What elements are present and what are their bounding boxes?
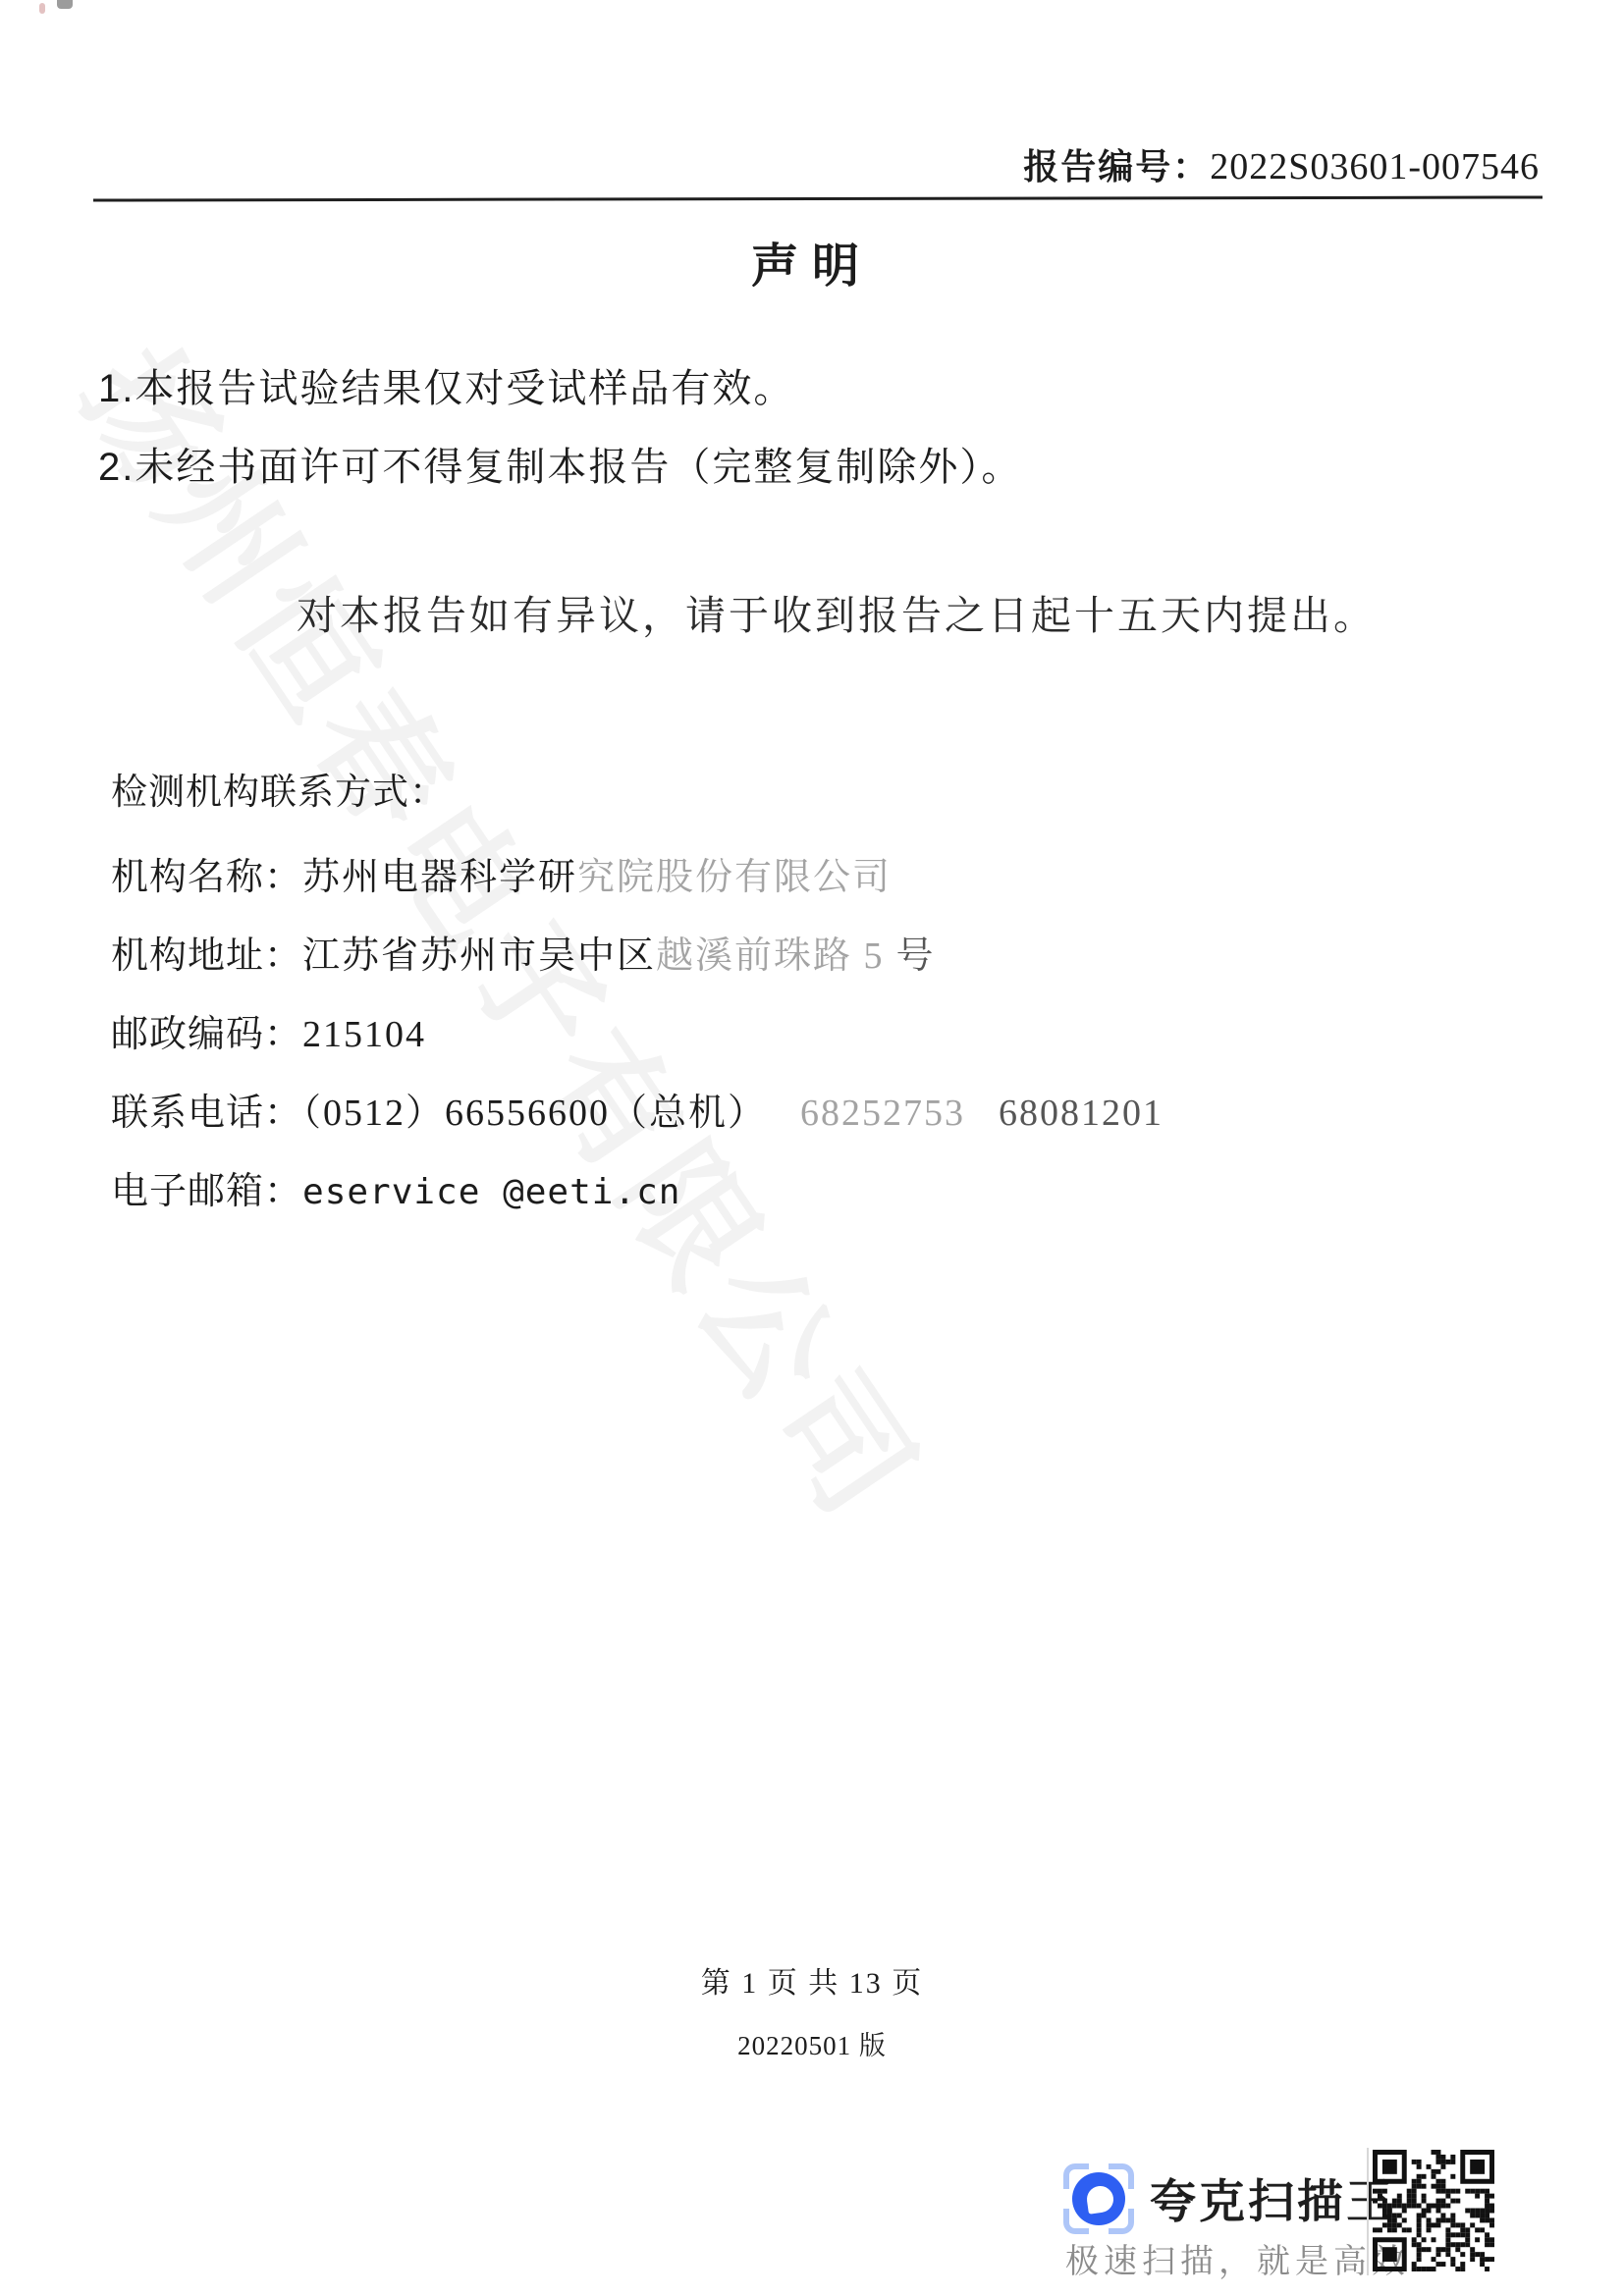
phone-label: 联系电话： bbox=[111, 1093, 302, 1134]
statement-2: 2.未经书面许可不得复制本报告（完整复制除外）。 bbox=[98, 436, 1022, 492]
report-number-value: 2022S03601-007546 bbox=[1210, 146, 1540, 187]
scan-smudge bbox=[57, 0, 73, 9]
phone-extra: 68081201 bbox=[999, 1093, 1164, 1134]
branding-divider bbox=[1367, 2148, 1369, 2275]
email-label: 电子邮箱： bbox=[111, 1171, 302, 1212]
org-address-label: 机构地址： bbox=[111, 935, 302, 977]
postcode-row: 邮政编码：215104 bbox=[111, 1003, 426, 1057]
report-number-line: 报告编号：2022S03601-007546 bbox=[1023, 139, 1540, 189]
postcode-label: 邮政编码： bbox=[111, 1014, 302, 1055]
email-value: eservice @eeti.cn bbox=[302, 1172, 680, 1212]
scanner-app-name: 夸克扫描王 bbox=[1150, 2165, 1395, 2231]
objection-notice: 对本报告如有异议，请于收到报告之日起十五天内提出。 bbox=[297, 583, 1377, 641]
org-name-value: 苏州电器科学研 bbox=[302, 857, 577, 898]
org-name-row: 机构名称：苏州电器科学研究院股份有限公司 bbox=[111, 846, 892, 900]
scanner-app-branding: 夸克扫描王 极速扫描，就是高效 bbox=[1063, 2150, 1505, 2282]
phone-row: 联系电话：（0512）66556600（总机）6825275368081201 bbox=[111, 1082, 1164, 1136]
quark-scan-logo-icon bbox=[1063, 2163, 1134, 2234]
contact-heading: 检测机构联系方式： bbox=[111, 762, 447, 815]
org-name-value-faded: 究院股份有限公司 bbox=[577, 857, 892, 898]
org-address-value-faded: 越溪前珠路 5 bbox=[656, 935, 885, 977]
phone-faded: 68252753 bbox=[800, 1093, 965, 1134]
page-title: 声明 bbox=[0, 228, 1624, 295]
org-name-label: 机构名称： bbox=[111, 857, 302, 898]
qr-code-svg bbox=[1373, 2150, 1494, 2271]
statement-1: 1.本报告试验结果仅对受试样品有效。 bbox=[98, 357, 794, 413]
scanner-app-tagline: 极速扫描，就是高效 bbox=[1065, 2234, 1410, 2282]
postcode-value: 215104 bbox=[302, 1014, 426, 1055]
logo-circle bbox=[1072, 2172, 1125, 2225]
qr-code bbox=[1373, 2150, 1494, 2271]
logo-blob bbox=[1085, 2184, 1114, 2214]
org-address-value: 江苏省苏州市吴中区 bbox=[302, 935, 656, 977]
header-rule bbox=[93, 195, 1543, 201]
scanned-report-page: 扬州恒春电子有限公司 报告编号：2022S03601-007546 声明 1.本… bbox=[0, 0, 1624, 2296]
version-note: 20220501 版 bbox=[0, 2024, 1624, 2062]
scan-smudge-red bbox=[39, 3, 45, 14]
email-row: 电子邮箱：eservice @eeti.cn bbox=[111, 1160, 680, 1214]
page-number: 第 1 页 共 13 页 bbox=[0, 1958, 1624, 2002]
report-number-label: 报告编号： bbox=[1023, 146, 1210, 187]
org-address-value-tail: 号 bbox=[896, 935, 936, 977]
org-address-row: 机构地址：江苏省苏州市吴中区越溪前珠路 5号 bbox=[111, 925, 936, 979]
phone-main: （0512）66556600（总机） bbox=[302, 1093, 767, 1134]
